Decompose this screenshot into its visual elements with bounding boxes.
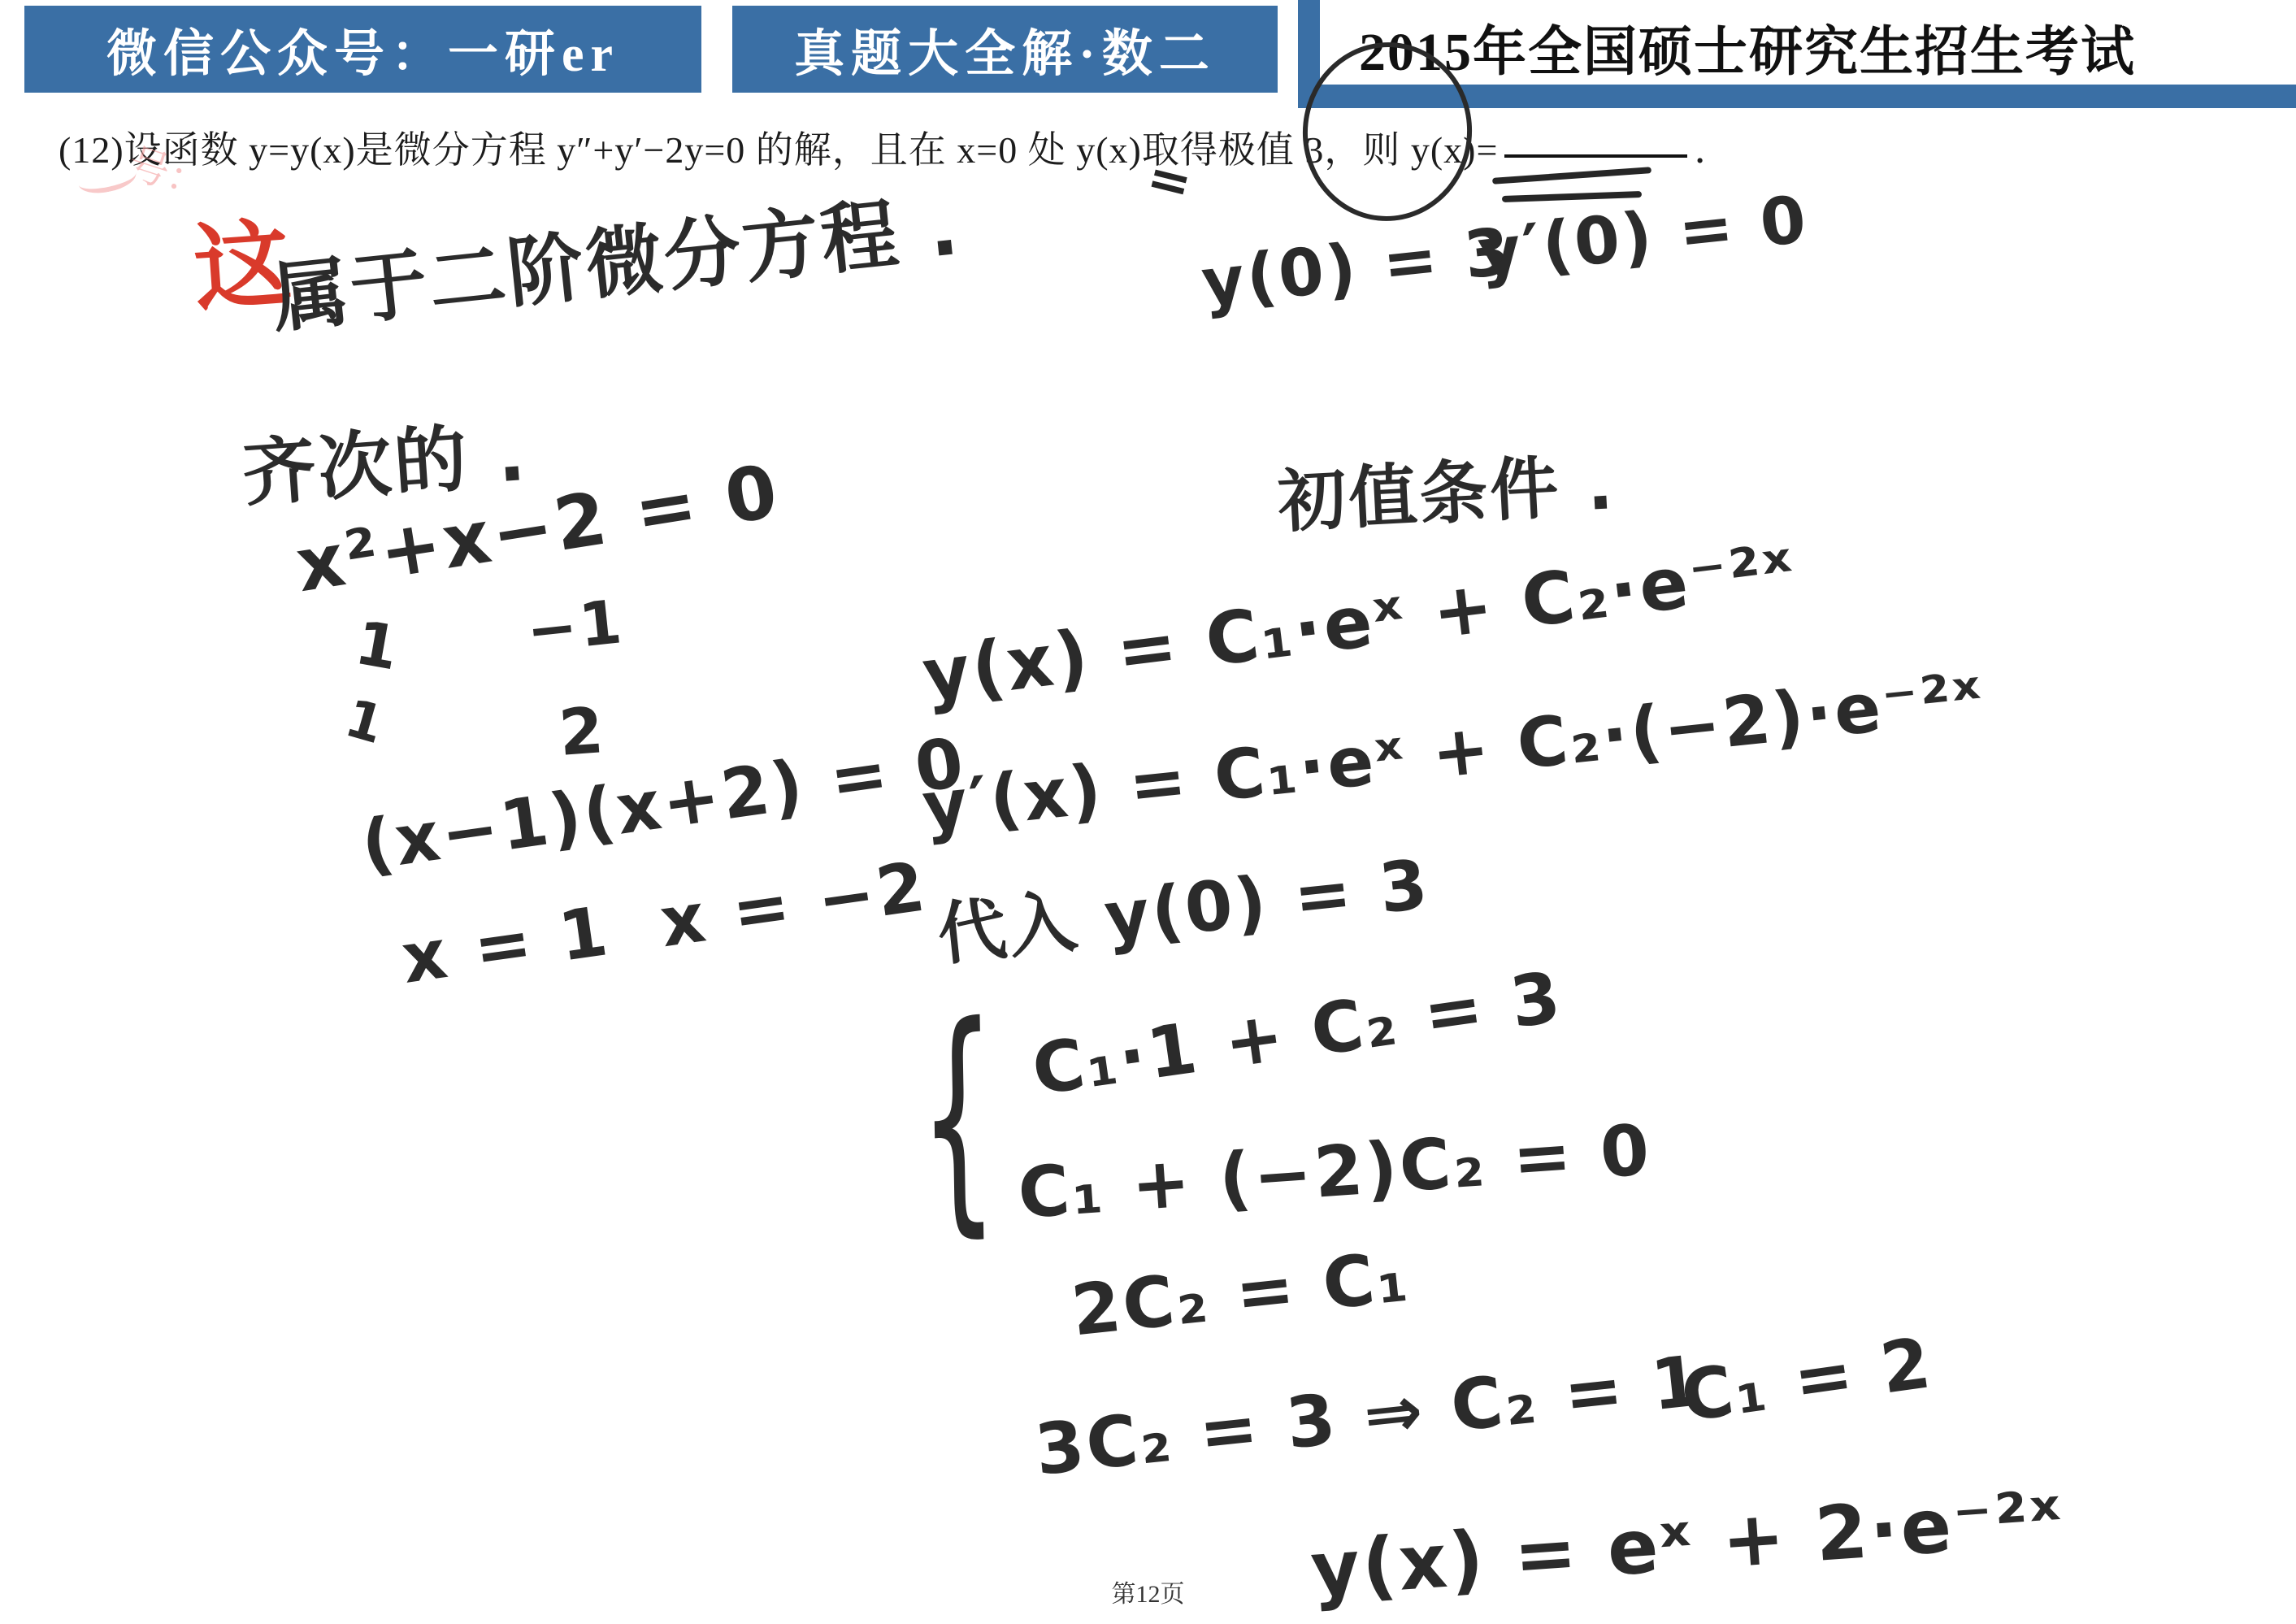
hw-solve-c2: 3C₂ = 3 ⇒ C₂ = 1 — [1031, 1340, 1707, 1492]
hw-factor-cross-11: 1 — [350, 608, 406, 684]
worksheet-page: 微信公众号：一研er 真题大全解·数二 2015年全国硕士研究生招生考试 (12… — [0, 0, 2296, 1624]
hw-initial-condition-label: 初值条件 . — [1275, 430, 1617, 546]
exam-title: 2015年全国硕士研究生招生考试 — [1359, 8, 2294, 85]
hw-factor-cross-12: −1 — [523, 587, 627, 667]
answer-blank — [1504, 154, 1687, 158]
hw-belongs-second-order-ode: 属于二阶微分方程 . — [266, 166, 965, 347]
problem-statement: (12)设函数 y=y(x)是微分方程 y″+y′−2y=0 的解，且在 x=0… — [59, 120, 1732, 174]
hw-system-brace: { — [917, 974, 1001, 1262]
hw-c1-c2-relation: 2C₂ = C₁ — [1068, 1235, 1414, 1352]
hw-initial-condition-y0: y(0) = 3 — [1198, 213, 1516, 321]
hw-substitute: 代入 y(0) = 3 — [932, 830, 1434, 979]
page-number: 第12页 — [0, 1574, 2296, 1609]
hw-factor-cross-22: 2 — [557, 694, 608, 771]
hw-factor-cross-21: 1 — [339, 688, 393, 757]
problem-x0: x=0 — [957, 129, 1018, 171]
hw-system-equation-1: C₁·1 + C₂ = 3 — [1027, 957, 1567, 1111]
problem-circled-yx: y(x) — [1076, 129, 1142, 171]
problem-mid: 处 — [1018, 129, 1076, 171]
hw-system-equation-2: C₁ + (−2)C₂ = 0 — [1015, 1109, 1654, 1235]
problem-period: ． — [1694, 129, 1732, 171]
wechat-account-badge: 微信公众号：一研er — [24, 6, 701, 93]
series-badge: 真题大全解·数二 — [732, 6, 1278, 93]
hw-solve-c1: C₁ = 2 — [1677, 1322, 1938, 1438]
